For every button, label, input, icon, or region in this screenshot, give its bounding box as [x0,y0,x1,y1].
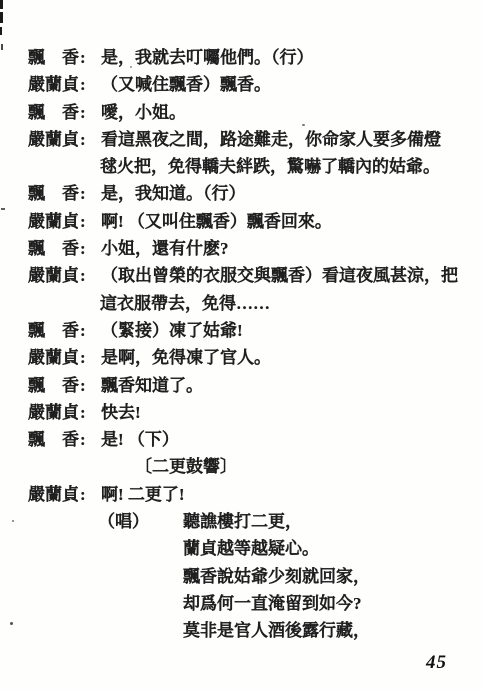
script-line-dialogue: 嚴蘭貞:快去! [28,399,473,426]
speaker-name: 嚴蘭貞 [28,262,79,289]
dialogue-text: 啊! 二更了! [101,485,185,504]
speaker-colon: : [79,44,101,71]
speaker-colon: : [79,208,101,235]
page-number: 45 [426,652,447,674]
scan-artifact [0,12,3,23]
speaker-name: 飄 香 [28,235,79,262]
scan-artifact [12,520,14,522]
script-line-dialogue: 飄 香:飄香知道了。 [28,372,473,399]
speaker-name: 飄 香 [28,317,79,344]
script-line-lyric: 却爲何一直淹留到如今? [28,590,473,617]
script-line-dialogue: 嚴蘭貞:（又喊住飄香）飄香。 [28,71,473,98]
dialogue-text: （緊接）凍了姑爺! [101,321,243,340]
scan-artifact [1,44,3,50]
script-line-dialogue: 飄 香:（緊接）凍了姑爺! [28,317,473,344]
speaker-name: 嚴蘭貞 [28,399,79,426]
dialogue-text: 飄香知道了。 [101,376,203,395]
script-line-dialogue: 嚴蘭貞:啊! （又叫住飄香）飄香回來。 [28,208,473,235]
dialogue-text: 快去! [101,403,141,422]
continuation-text: 這衣服帶去，免得…… [100,294,270,313]
scan-artifact [1,208,5,210]
speaker-name: 飄 香 [28,180,79,207]
speaker-colon: : [79,317,101,344]
sung-label: （唱） [98,508,183,535]
lyric-text: 聽譙樓打二更， [183,512,302,531]
speaker-colon: : [79,262,101,289]
script-line-continuation: 毬火把，免得轎夫絆跌，驚嚇了轎內的姑爺。 [28,153,473,180]
script-line-lyric: 蘭貞越等越疑心。 [28,535,473,562]
speaker-name: 飄 香 [28,44,79,71]
speaker-name: 嚴蘭貞 [28,344,79,371]
script-line-lyric: 莫非是官人酒後露行藏， [28,617,473,644]
speaker-colon: : [79,126,101,153]
speaker-colon: : [79,235,101,262]
scan-artifact [0,27,2,35]
script-line-stage: 〔二更鼓響〕 [28,453,473,480]
speaker-name: 嚴蘭貞 [28,481,79,508]
speaker-colon: : [79,399,101,426]
script-line-dialogue: 飄 香:噯，小姐。 [28,99,473,126]
dialogue-text: 是，我知道。（行） [101,184,246,203]
continuation-text: 毬火把，免得轎夫絆跌，驚嚇了轎內的姑爺。 [100,157,440,176]
speaker-name: 飄 香 [28,426,79,453]
scan-artifact [10,622,13,625]
dialogue-text: （取出曾榮的衣服交與飄香）看這夜風甚涼，把 [101,266,458,285]
script-lines: 飄 香:是，我就去叮囑他們。（行）嚴蘭貞:（又喊住飄香）飄香。飄 香:噯，小姐。… [28,44,473,645]
speaker-colon: : [79,180,101,207]
script-line-dialogue: 嚴蘭貞:看這黑夜之間，路途難走，你命家人要多備燈 [28,126,473,153]
speaker-name: 嚴蘭貞 [28,71,79,98]
dialogue-text: 是，我就去叮囑他們。（行） [101,48,314,67]
speaker-colon: : [79,372,101,399]
script-line-dialogue: 飄 香:是，我知道。（行） [28,180,473,207]
speaker-colon: : [79,481,101,508]
script-line-dialogue: 飄 香:是! （下） [28,426,473,453]
script-line-sung: （唱）聽譙樓打二更， [28,508,473,535]
lyric-text: 飄香說姑爺少刻就回家， [183,567,370,586]
dialogue-text: 小姐，還有什麽? [101,239,229,258]
script-page: 飄 香:是，我就去叮囑他們。（行）嚴蘭貞:（又喊住飄香）飄香。飄 香:噯，小姐。… [0,0,483,690]
speaker-colon: : [79,344,101,371]
script-line-dialogue: 飄 香:小姐，還有什麽? [28,235,473,262]
dialogue-text: 是啊，免得凍了官人。 [101,348,271,367]
dialogue-text: 看這黑夜之間，路途難走，你命家人要多備燈 [101,130,441,149]
script-line-continuation: 這衣服帶去，免得…… [28,290,473,317]
dialogue-text: 噯，小姐。 [101,103,186,122]
stage-text: 〔二更鼓響〕 [135,457,237,476]
speaker-colon: : [79,426,101,453]
lyric-text: 蘭貞越等越疑心。 [183,539,319,558]
dialogue-text: 是! （下） [101,430,179,449]
script-line-dialogue: 嚴蘭貞:是啊，免得凍了官人。 [28,344,473,371]
speaker-name: 嚴蘭貞 [28,208,79,235]
dialogue-text: 啊! （又叫住飄香）飄香回來。 [101,212,332,231]
speaker-colon: : [79,71,101,98]
speaker-name: 飄 香 [28,372,79,399]
script-line-dialogue: 嚴蘭貞:啊! 二更了! [28,481,473,508]
speaker-name: 飄 香 [28,99,79,126]
lyric-text: 莫非是官人酒後露行藏， [183,621,370,640]
speaker-name: 嚴蘭貞 [28,126,79,153]
scan-artifact [0,0,3,9]
script-line-lyric: 飄香說姑爺少刻就回家， [28,563,473,590]
speaker-colon: : [79,99,101,126]
lyric-text: 却爲何一直淹留到如今? [183,594,362,613]
script-line-dialogue: 嚴蘭貞:（取出曾榮的衣服交與飄香）看這夜風甚涼，把 [28,262,473,289]
dialogue-text: （又喊住飄香）飄香。 [101,75,271,94]
script-line-dialogue: 飄 香:是，我就去叮囑他們。（行） [28,44,473,71]
